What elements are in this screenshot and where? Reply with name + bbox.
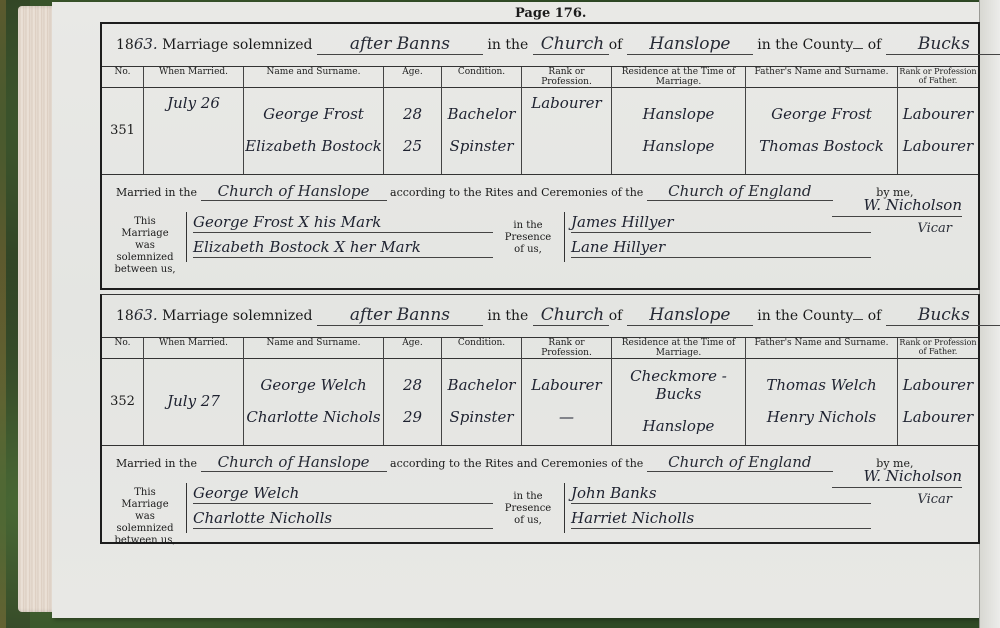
label-according: according to the Rites and Ceremonies of… [390, 186, 643, 199]
label-married-in: Married in the [116, 457, 197, 470]
bride-residence: Hanslope [643, 417, 715, 435]
label-line: was [110, 511, 180, 523]
column-headers: No. When Married. Name and Surname. Age.… [102, 337, 978, 359]
married-in: Church of Hanslope [201, 182, 387, 201]
groom-age: 28 [403, 105, 422, 123]
label-according: according to the Rites and Ceremonies of… [390, 457, 643, 470]
bride-name: Charlotte Nichols [246, 408, 380, 426]
couple-signatures: George Frost X his Mark Elizabeth Bostoc… [186, 212, 493, 262]
label-line: was [110, 240, 180, 252]
witness-signatures: John Banks Harriet Nicholls [564, 483, 871, 533]
when-married: July 26 [167, 94, 220, 112]
col-when: When Married. [144, 338, 244, 358]
col-condition: Condition. [442, 338, 522, 358]
label-county-of: of [868, 308, 882, 324]
entry-heading: 1863. Marriage solemnized after Banns in… [116, 305, 964, 335]
groom-father: Thomas Welch [766, 376, 876, 394]
label-of: of [609, 308, 623, 324]
groom-condition: Bachelor [448, 105, 516, 123]
col-father: Father's Name and Surname. [746, 338, 898, 358]
groom-residence: Checkmore - Bucks [612, 367, 745, 403]
solemnized-by: after Banns [317, 305, 483, 326]
place-type: Church [533, 305, 609, 326]
col-father-rank: Rank or Profession of Father. [898, 67, 978, 87]
couple-signatures: George Welch Charlotte Nicholls [186, 483, 493, 533]
col-name: Name and Surname. [244, 338, 384, 358]
groom-father-rank: Labourer [903, 105, 973, 123]
bride-residence: Hanslope [643, 137, 715, 155]
label-married-in: Married in the [116, 186, 197, 199]
groom-signature: George Welch [193, 483, 493, 504]
label-county-of: of [868, 37, 882, 53]
col-name: Name and Surname. [244, 67, 384, 87]
label-line: solemnized [110, 252, 180, 264]
bride-father-rank: Labourer [903, 408, 973, 426]
bride-signature: Elizabeth Bostock X her Mark [193, 237, 493, 258]
between-us-label: This Marriage was solemnized between us, [110, 487, 180, 547]
col-age: Age. [384, 67, 442, 87]
groom-father: George Frost [771, 105, 872, 123]
bride-age: 29 [403, 408, 422, 426]
label-solemnized: Marriage solemnized [162, 37, 312, 53]
label-line: between us, [110, 535, 180, 547]
label-line: Presence [498, 232, 558, 244]
presence-label: in the Presence of us, [498, 491, 558, 527]
col-condition: Condition. [442, 67, 522, 87]
groom-signature: George Frost X his Mark [193, 212, 493, 233]
col-residence: Residence at the Time of Marriage. [612, 67, 746, 87]
entry-number: 351 [110, 123, 135, 138]
groom-name: George Welch [260, 376, 366, 394]
label-in-the: in the [487, 37, 528, 53]
col-residence: Residence at the Time of Marriage. [612, 338, 746, 358]
year-prefix: 18 [116, 308, 134, 324]
label-line: in the [498, 220, 558, 232]
groom-residence: Hanslope [643, 105, 715, 123]
bride-condition: Spinster [449, 408, 513, 426]
col-no: No. [102, 67, 144, 87]
married-in: Church of Hanslope [201, 453, 387, 472]
when-married: July 27 [167, 392, 220, 410]
table-row: 351 July 26 George FrostElizabeth Bostoc… [102, 86, 978, 175]
label-of: of [609, 37, 623, 53]
year-suffix: 63. [134, 35, 158, 53]
entry-number: 352 [110, 394, 135, 409]
col-when: When Married. [144, 67, 244, 87]
label-line: of us, [498, 515, 558, 527]
year-suffix: 63. [134, 306, 158, 324]
presence-label: in the Presence of us, [498, 220, 558, 256]
witness-2: Harriet Nicholls [571, 508, 871, 529]
label-solemnized: Marriage solemnized [162, 308, 312, 324]
bride-condition: Spinster [449, 137, 513, 155]
label-line: Presence [498, 503, 558, 515]
county: Bucks [886, 305, 1000, 326]
place-type: Church [533, 34, 609, 55]
groom-rank: Labourer [531, 376, 601, 394]
year-prefix: 18 [116, 37, 134, 53]
col-father: Father's Name and Surname. [746, 67, 898, 87]
label-line: This Marriage [110, 216, 180, 240]
witness-1: James Hillyer [571, 212, 871, 233]
rites-of: Church of England [647, 182, 833, 201]
label-county: in the County [757, 37, 853, 53]
bride-age: 25 [403, 137, 422, 155]
col-father-rank: Rank or Profession of Father. [898, 338, 978, 358]
groom-age: 28 [403, 376, 422, 394]
witness-signatures: James Hillyer Lane Hillyer [564, 212, 871, 262]
groom-name: George Frost [263, 105, 364, 123]
between-us-label: This Marriage was solemnized between us, [110, 216, 180, 276]
page-number: Page 176. [515, 6, 586, 21]
col-age: Age. [384, 338, 442, 358]
marriage-entry-351: 1863. Marriage solemnized after Banns in… [100, 22, 980, 290]
col-no: No. [102, 338, 144, 358]
bride-father: Henry Nichols [767, 408, 877, 426]
parish: Hanslope [627, 305, 753, 326]
entry-heading: 1863. Marriage solemnized after Banns in… [116, 34, 964, 64]
solemnized-by: after Banns [317, 34, 483, 55]
label-county: in the County [757, 308, 853, 324]
label-in-the: in the [487, 308, 528, 324]
label-line: in the [498, 491, 558, 503]
groom-rank: Labourer [531, 94, 601, 112]
witness-1: John Banks [571, 483, 871, 504]
rites-of: Church of England [647, 453, 833, 472]
label-line: of us, [498, 244, 558, 256]
label-line: between us, [110, 264, 180, 276]
bride-rank: — [559, 408, 574, 426]
table-row: 352 July 27 George WelchCharlotte Nichol… [102, 357, 978, 446]
bride-father: Thomas Bostock [759, 137, 884, 155]
bride-name: Elizabeth Bostock [245, 137, 382, 155]
county: Bucks [886, 34, 1000, 55]
column-headers: No. When Married. Name and Surname. Age.… [102, 66, 978, 88]
marriage-entry-352: 1863. Marriage solemnized after Banns in… [100, 294, 980, 544]
witness-2: Lane Hillyer [571, 237, 871, 258]
label-line: solemnized [110, 523, 180, 535]
label-line: This Marriage [110, 487, 180, 511]
col-rank: Rank or Profession. [522, 338, 612, 358]
col-rank: Rank or Profession. [522, 67, 612, 87]
parish: Hanslope [627, 34, 753, 55]
bride-signature: Charlotte Nicholls [193, 508, 493, 529]
bride-father-rank: Labourer [903, 137, 973, 155]
groom-condition: Bachelor [448, 376, 516, 394]
groom-father-rank: Labourer [903, 376, 973, 394]
